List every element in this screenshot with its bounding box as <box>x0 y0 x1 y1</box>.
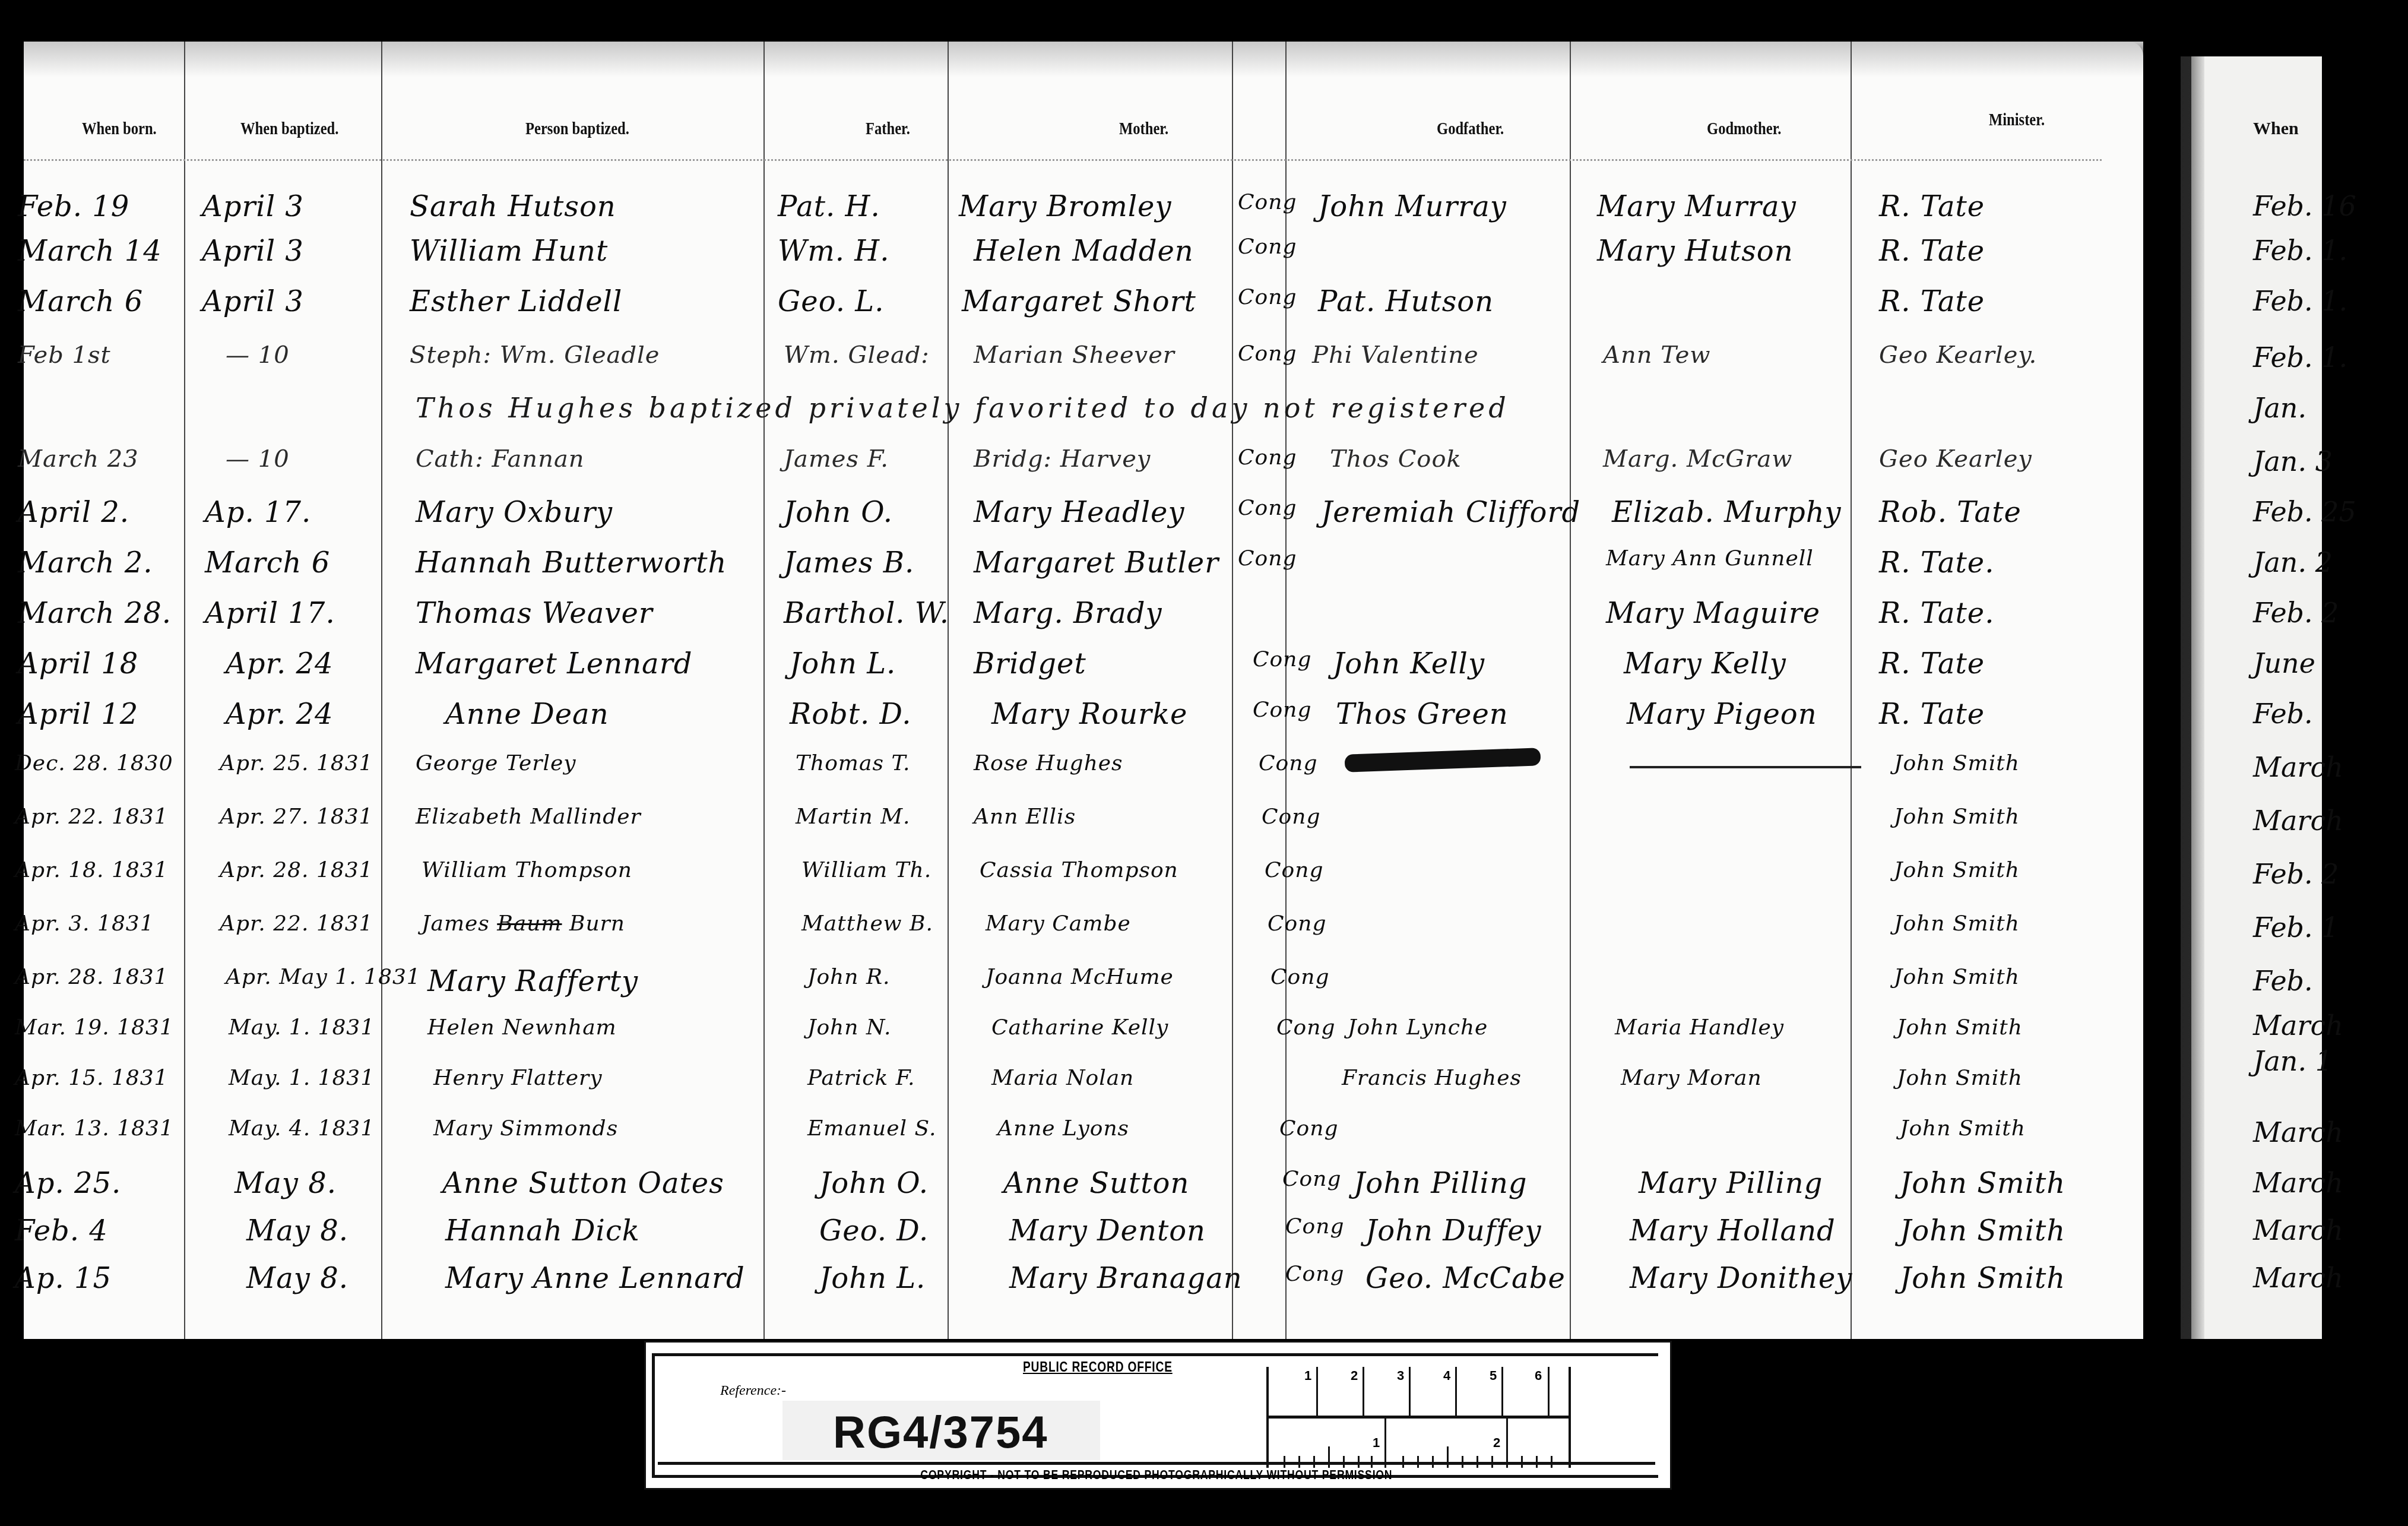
header-person-baptized: Person baptized. <box>525 119 629 139</box>
when-baptized: May 8. <box>246 1262 348 1295</box>
godmother: Mary Kelly <box>1624 647 1786 680</box>
minister: John Smith <box>1894 751 2020 775</box>
when-born: Feb 1st <box>18 341 111 369</box>
mother: Margaret Butler <box>974 546 1219 580</box>
godfather: Jeremiah Clifford <box>1321 496 1580 529</box>
minister: R. Tate <box>1879 647 1985 680</box>
register-entry: Apr. 28. 1831 Apr. May 1. 1831 Mary Raff… <box>0 965 2408 1012</box>
person-baptized: George Terley <box>416 751 576 775</box>
godfather: John Pilling <box>1354 1167 1528 1200</box>
when-baptized: — 10 <box>226 341 290 369</box>
mother: Bridget <box>974 647 1086 680</box>
godmother: Mary Donithey <box>1630 1262 1852 1295</box>
register-entry: Feb 1st — 10 Steph: Wm. Gleadle Wm. Glea… <box>0 341 2408 389</box>
mother: Maria Nolan <box>991 1066 1134 1090</box>
father: John O. <box>784 496 893 529</box>
minister: John Smith <box>1900 1214 2065 1248</box>
person-baptized: William Hunt <box>410 235 608 268</box>
godfather: John Duffey <box>1365 1214 1542 1248</box>
godmother: Ann Tew <box>1603 341 1711 369</box>
godmother: Mary Murray <box>1597 190 1797 223</box>
cong: Cong <box>1238 496 1297 520</box>
cong: Cong <box>1238 235 1297 259</box>
register-entry: April 2. Ap. 17. Mary Oxbury John O. Mar… <box>0 496 2408 543</box>
minister: R. Tate <box>1879 190 1985 223</box>
person-baptized: Anne Sutton Oates <box>442 1167 724 1200</box>
father: John R. <box>807 965 890 989</box>
mother: Mary Branagan <box>1009 1262 1243 1295</box>
cong: Cong <box>1238 445 1297 470</box>
facing-entry: March <box>2253 1116 2343 1148</box>
facing-entry: Feb. <box>2253 698 2313 730</box>
when-born: Apr. 15. 1831 <box>15 1066 169 1090</box>
when-born: April 12 <box>18 698 138 731</box>
register-note: Thos Hughes baptized privately favorited… <box>0 392 2408 439</box>
father: Pat. H. <box>778 190 880 223</box>
when-born: March 6 <box>18 285 143 318</box>
register-entry: Apr. 22. 1831 Apr. 27. 1831 Elizabeth Ma… <box>0 805 2408 852</box>
facing-entry: Jan. 1 <box>2253 1045 2333 1077</box>
register-entry: April 12 Apr. 24 Anne Dean Robt. D. Mary… <box>0 698 2408 745</box>
when-born: Feb. 19 <box>18 190 129 223</box>
person-baptized: Esther Liddell <box>410 285 622 318</box>
when-baptized: — 10 <box>226 445 290 473</box>
register-entry: March 28. April 17. Thomas Weaver Bartho… <box>0 597 2408 644</box>
when-born: Mar. 19. 1831 <box>15 1015 174 1040</box>
facing-entry: March <box>2253 751 2343 783</box>
person-surname: Burn <box>569 911 625 936</box>
when-baptized: April 17. <box>205 597 335 630</box>
mother: Mary Cambe <box>986 911 1131 936</box>
header-minister: Minister. <box>1989 110 2045 130</box>
facing-entry: Feb. 25 <box>2253 496 2356 528</box>
public-record-office-title: PUBLIC RECORD OFFICE <box>1023 1359 1173 1376</box>
register-entry: March 23 — 10 Cath: Fannan James F. Brid… <box>0 445 2408 493</box>
facing-entry: June <box>2253 647 2315 679</box>
copyright-notice: COPYRIGHT - NOT TO BE REPRODUCED PHOTOGR… <box>658 1462 1655 1483</box>
godfather: Phi Valentine <box>1312 341 1479 369</box>
when-born: April 18 <box>18 647 138 680</box>
mother: Ann Ellis <box>974 805 1076 829</box>
mother: Joanna McHume <box>986 965 1174 989</box>
register-entry: April 18 Apr. 24 Margaret Lennard John L… <box>0 647 2408 695</box>
when-baptized: Apr. 24 <box>226 647 334 680</box>
when-born: Dec. 28. 1830 <box>15 751 173 775</box>
person-baptized: Elizabeth Mallinder <box>416 805 641 829</box>
reference-label: Reference:- <box>720 1383 786 1399</box>
header-when-baptized: When baptized. <box>240 119 338 139</box>
facing-entry: Feb. <box>2253 965 2313 997</box>
father: Robt. D. <box>790 698 912 731</box>
facing-entry: March <box>2253 1009 2343 1041</box>
facing-entry: Jan. 3 <box>2253 445 2333 477</box>
when-baptized: May. 1. 1831 <box>229 1066 375 1090</box>
facing-entry: March <box>2253 1262 2343 1294</box>
godfather: John Lynche <box>1348 1015 1488 1040</box>
cong: Cong <box>1238 285 1297 309</box>
reference-card: PUBLIC RECORD OFFICE Reference:- RG4/375… <box>644 1341 1672 1490</box>
minister: John Smith <box>1900 1262 2065 1295</box>
when-born: Feb. 4 <box>15 1214 108 1248</box>
person-baptized: Henry Flattery <box>433 1066 603 1090</box>
scale-label: 1 <box>1373 1435 1380 1451</box>
register-entry: March 6 April 3 Esther Liddell Geo. L. M… <box>0 285 2408 333</box>
when-baptized: Apr. May 1. 1831 <box>226 965 421 989</box>
when-born: Apr. 3. 1831 <box>15 911 154 936</box>
father: Martin M. <box>796 805 910 829</box>
person-baptized: Helen Newnham <box>427 1015 617 1040</box>
minister: John Smith <box>1894 965 2020 989</box>
register-entry: Mar. 19. 1831 May. 1. 1831 Helen Newnham… <box>0 1015 2408 1063</box>
mother: Mary Rourke <box>991 698 1187 731</box>
godmother: Mary Pilling <box>1639 1167 1823 1200</box>
person-struck-surname: Baum <box>497 911 562 936</box>
header-godmother: Godmother. <box>1707 119 1782 139</box>
minister: Geo Kearley. <box>1879 341 2037 369</box>
when-born: March 23 <box>18 445 139 473</box>
cong: Cong <box>1282 1167 1341 1191</box>
facing-entry: Feb. 1 <box>2253 911 2339 944</box>
when-born: Apr. 28. 1831 <box>15 965 169 989</box>
when-born: Apr. 18. 1831 <box>15 858 169 882</box>
facing-entry: March <box>2253 805 2343 837</box>
person-first-name: James <box>422 911 490 936</box>
godfather: John Kelly <box>1333 647 1485 680</box>
minister: R. Tate <box>1879 698 1985 731</box>
person-baptized: Hannah Butterworth <box>416 546 727 580</box>
facing-entry: Jan. 2 <box>2253 546 2333 578</box>
person-baptized: Sarah Hutson <box>410 190 616 223</box>
mother: Mary Headley <box>974 496 1185 529</box>
person-baptized: Cath: Fannan <box>416 445 585 473</box>
register-entry: Apr. 15. 1831 May. 1. 1831 Henry Flatter… <box>0 1066 2408 1113</box>
minister: John Smith <box>1894 911 2020 936</box>
person-baptized: Mary Oxbury <box>416 496 613 529</box>
cong: Cong <box>1262 805 1320 829</box>
minister: John Smith <box>1900 1167 2065 1200</box>
cong: Cong <box>1285 1262 1344 1286</box>
person-baptized: Steph: Wm. Gleadle <box>410 341 660 369</box>
when-baptized: Apr. 27. 1831 <box>220 805 373 829</box>
header-mother: Mother. <box>1119 119 1168 139</box>
register-entry: Feb. 4 May 8. Hannah Dick Geo. D. Mary D… <box>0 1214 2408 1262</box>
when-baptized: May. 1. 1831 <box>229 1015 375 1040</box>
reference-card-frame: PUBLIC RECORD OFFICE Reference:- RG4/375… <box>652 1353 1658 1478</box>
register-entry: Feb. 19 April 3 Sarah Hutson Pat. H. Mar… <box>0 190 2408 238</box>
person-baptized: Thomas Weaver <box>416 597 653 630</box>
when-baptized: May 8. <box>246 1214 348 1248</box>
cong: Cong <box>1268 911 1326 936</box>
when-born: Ap. 25. <box>15 1167 121 1200</box>
facing-entry: Feb. 16 <box>2253 190 2356 222</box>
godfather: Francis Hughes <box>1342 1066 1522 1090</box>
father: John O. <box>819 1167 929 1200</box>
godmother: Mary Hutson <box>1597 235 1794 268</box>
father: Barthol. W. <box>784 597 949 630</box>
copyright-text: COPYRIGHT - NOT TO BE REPRODUCED PHOTOGR… <box>921 1467 1393 1483</box>
minister: R. Tate. <box>1879 546 1995 580</box>
minister: R. Tate <box>1879 285 1985 318</box>
godfather: Geo. McCabe <box>1365 1262 1566 1295</box>
father: Matthew B. <box>801 911 933 936</box>
cong: Cong <box>1279 1116 1338 1141</box>
cong: Cong <box>1238 190 1297 214</box>
scale-label: 4 <box>1443 1368 1450 1383</box>
father: Wm. Glead: <box>784 341 930 369</box>
header-father: Father. <box>866 119 910 139</box>
father: Geo. L. <box>778 285 884 318</box>
when-baptized: Apr. 22. 1831 <box>220 911 373 936</box>
private-baptism-note: Thos Hughes baptized privately favorited… <box>416 392 1510 424</box>
person-baptized: Anne Dean <box>445 698 609 731</box>
minister: R. Tate. <box>1879 597 1995 630</box>
scale-label: 2 <box>1493 1435 1500 1451</box>
facing-entry: Feb. 1. <box>2253 285 2347 317</box>
cong: Cong <box>1253 698 1311 722</box>
godmother: Mary Maguire <box>1606 597 1820 630</box>
cong: Cong <box>1253 647 1311 672</box>
godfather: Thos Cook <box>1330 445 1462 473</box>
mother: Anne Lyons <box>997 1116 1129 1141</box>
father: John L. <box>790 647 896 680</box>
person-baptized: Mary Simmonds <box>433 1116 618 1141</box>
minister: John Smith <box>1894 858 2020 882</box>
mother: Bridg: Harvey <box>974 445 1151 473</box>
godfather: John Murray <box>1318 190 1507 223</box>
father: Patrick F. <box>807 1066 915 1090</box>
header-godfather: Godfather. <box>1437 119 1504 139</box>
scale-label: 6 <box>1535 1368 1542 1383</box>
when-born: April 2. <box>18 496 129 529</box>
mother: Mary Bromley <box>959 190 1172 223</box>
register-entry: Mar. 13. 1831 May. 4. 1831 Mary Simmonds… <box>0 1116 2408 1164</box>
facing-entry: Feb. 1. <box>2253 235 2347 267</box>
when-baptized: May 8. <box>235 1167 337 1200</box>
father: Wm. H. <box>778 235 889 268</box>
cong: Cong <box>1238 341 1297 366</box>
minister: John Smith <box>1894 805 2020 829</box>
when-baptized: March 6 <box>205 546 330 580</box>
when-born: Ap. 15 <box>15 1262 112 1295</box>
minister: Geo Kearley <box>1879 445 2032 473</box>
godmother: Elizab. Murphy <box>1612 496 1842 529</box>
facing-entry: March <box>2253 1167 2343 1199</box>
cong: Cong <box>1276 1015 1335 1040</box>
person-baptized: Mary Rafferty <box>427 965 638 998</box>
father: Emanuel S. <box>807 1116 936 1141</box>
mother: Marian Sheever <box>974 341 1175 369</box>
scale-label: 1 <box>1304 1368 1311 1383</box>
mother: Margaret Short <box>962 285 1196 318</box>
facing-entry: Feb. 2 <box>2253 597 2339 629</box>
mother: Catharine Kelly <box>991 1015 1168 1040</box>
mother: Mary Denton <box>1009 1214 1206 1248</box>
godmother: Mary Ann Gunnell <box>1606 546 1814 571</box>
scale-label: 5 <box>1490 1368 1497 1383</box>
godmother: Mary Pigeon <box>1627 698 1817 731</box>
when-born: Mar. 13. 1831 <box>15 1116 174 1141</box>
facing-header-when: When <box>2253 119 2299 139</box>
when-baptized: Apr. 24 <box>226 698 334 731</box>
when-baptized: May. 4. 1831 <box>229 1116 375 1141</box>
facing-entry: Jan. <box>2253 392 2306 424</box>
when-baptized: Apr. 28. 1831 <box>220 858 373 882</box>
when-born: March 2. <box>18 546 153 580</box>
reference-code: RG4/3754 <box>833 1407 1048 1458</box>
when-baptized: Apr. 25. 1831 <box>220 751 373 775</box>
mother: Rose Hughes <box>974 751 1123 775</box>
person-baptized: Margaret Lennard <box>416 647 692 680</box>
cong: Cong <box>1259 751 1317 775</box>
father: James F. <box>784 445 889 473</box>
register-entry: March 2. March 6 Hannah Butterworth Jame… <box>0 546 2408 594</box>
father: John L. <box>819 1262 926 1295</box>
cong: Cong <box>1270 965 1329 989</box>
mother: Helen Madden <box>974 235 1194 268</box>
person-baptized: James Baum Burn <box>422 911 625 936</box>
register-entry: Apr. 3. 1831 Apr. 22. 1831 James Baum Bu… <box>0 911 2408 959</box>
scale-cm: 1 2 3 4 5 6 <box>1269 1367 1569 1419</box>
minister: John Smith <box>1900 1116 2026 1141</box>
father: William Th. <box>801 858 931 882</box>
minister: R. Tate <box>1879 235 1985 268</box>
godfather: Pat. Hutson <box>1318 285 1494 318</box>
register-entry: Dec. 28. 1830 Apr. 25. 1831 George Terle… <box>0 751 2408 799</box>
register-entry: Apr. 18. 1831 Apr. 28. 1831 William Thom… <box>0 858 2408 906</box>
when-born: Apr. 22. 1831 <box>15 805 169 829</box>
minister: John Smith <box>1897 1066 2023 1090</box>
person-baptized: Hannah Dick <box>445 1214 640 1248</box>
minister: Rob. Tate <box>1879 496 2022 529</box>
minister: John Smith <box>1897 1015 2023 1040</box>
father: Geo. D. <box>819 1214 929 1248</box>
godmother: Mary Holland <box>1630 1214 1836 1248</box>
father: John N. <box>807 1015 892 1040</box>
cong: Cong <box>1285 1214 1344 1239</box>
when-baptized: April 3 <box>202 285 304 318</box>
cong: Cong <box>1238 546 1297 571</box>
header-when-born: When born. <box>82 119 157 139</box>
when-born: March 28. <box>18 597 172 630</box>
when-baptized: Ap. 17. <box>205 496 311 529</box>
person-baptized: Mary Anne Lennard <box>445 1262 745 1295</box>
mother: Marg. Brady <box>974 597 1162 630</box>
when-baptized: April 3 <box>202 235 304 268</box>
person-baptized: William Thompson <box>422 858 632 882</box>
scale-label: 3 <box>1397 1368 1404 1383</box>
when-born: March 14 <box>18 235 162 268</box>
father: Thomas T. <box>796 751 911 775</box>
measurement-scale: 1 2 3 4 5 6 1 2 <box>1266 1367 1571 1468</box>
godmother: Marg. McGraw <box>1603 445 1792 473</box>
header-rule <box>24 159 2102 161</box>
godmother: Maria Handley <box>1615 1015 1784 1040</box>
cong: Cong <box>1265 858 1323 882</box>
facing-entry: Feb. 1. <box>2253 341 2347 373</box>
godmother: Mary Moran <box>1621 1066 1762 1090</box>
mother: Cassia Thompson <box>980 858 1178 882</box>
register-entry: Ap. 15 May 8. Mary Anne Lennard John L. … <box>0 1262 2408 1309</box>
scale-label: 2 <box>1351 1368 1358 1383</box>
facing-entry: Feb. 2 <box>2253 858 2339 890</box>
godfather: Thos Green <box>1336 698 1509 731</box>
facing-entry: March <box>2253 1214 2343 1246</box>
when-baptized: April 3 <box>202 190 304 223</box>
register-entry: Ap. 25. May 8. Anne Sutton Oates John O.… <box>0 1167 2408 1214</box>
mother: Anne Sutton <box>1003 1167 1189 1200</box>
register-entry: March 14 April 3 William Hunt Wm. H. Hel… <box>0 235 2408 282</box>
father: James B. <box>784 546 914 580</box>
